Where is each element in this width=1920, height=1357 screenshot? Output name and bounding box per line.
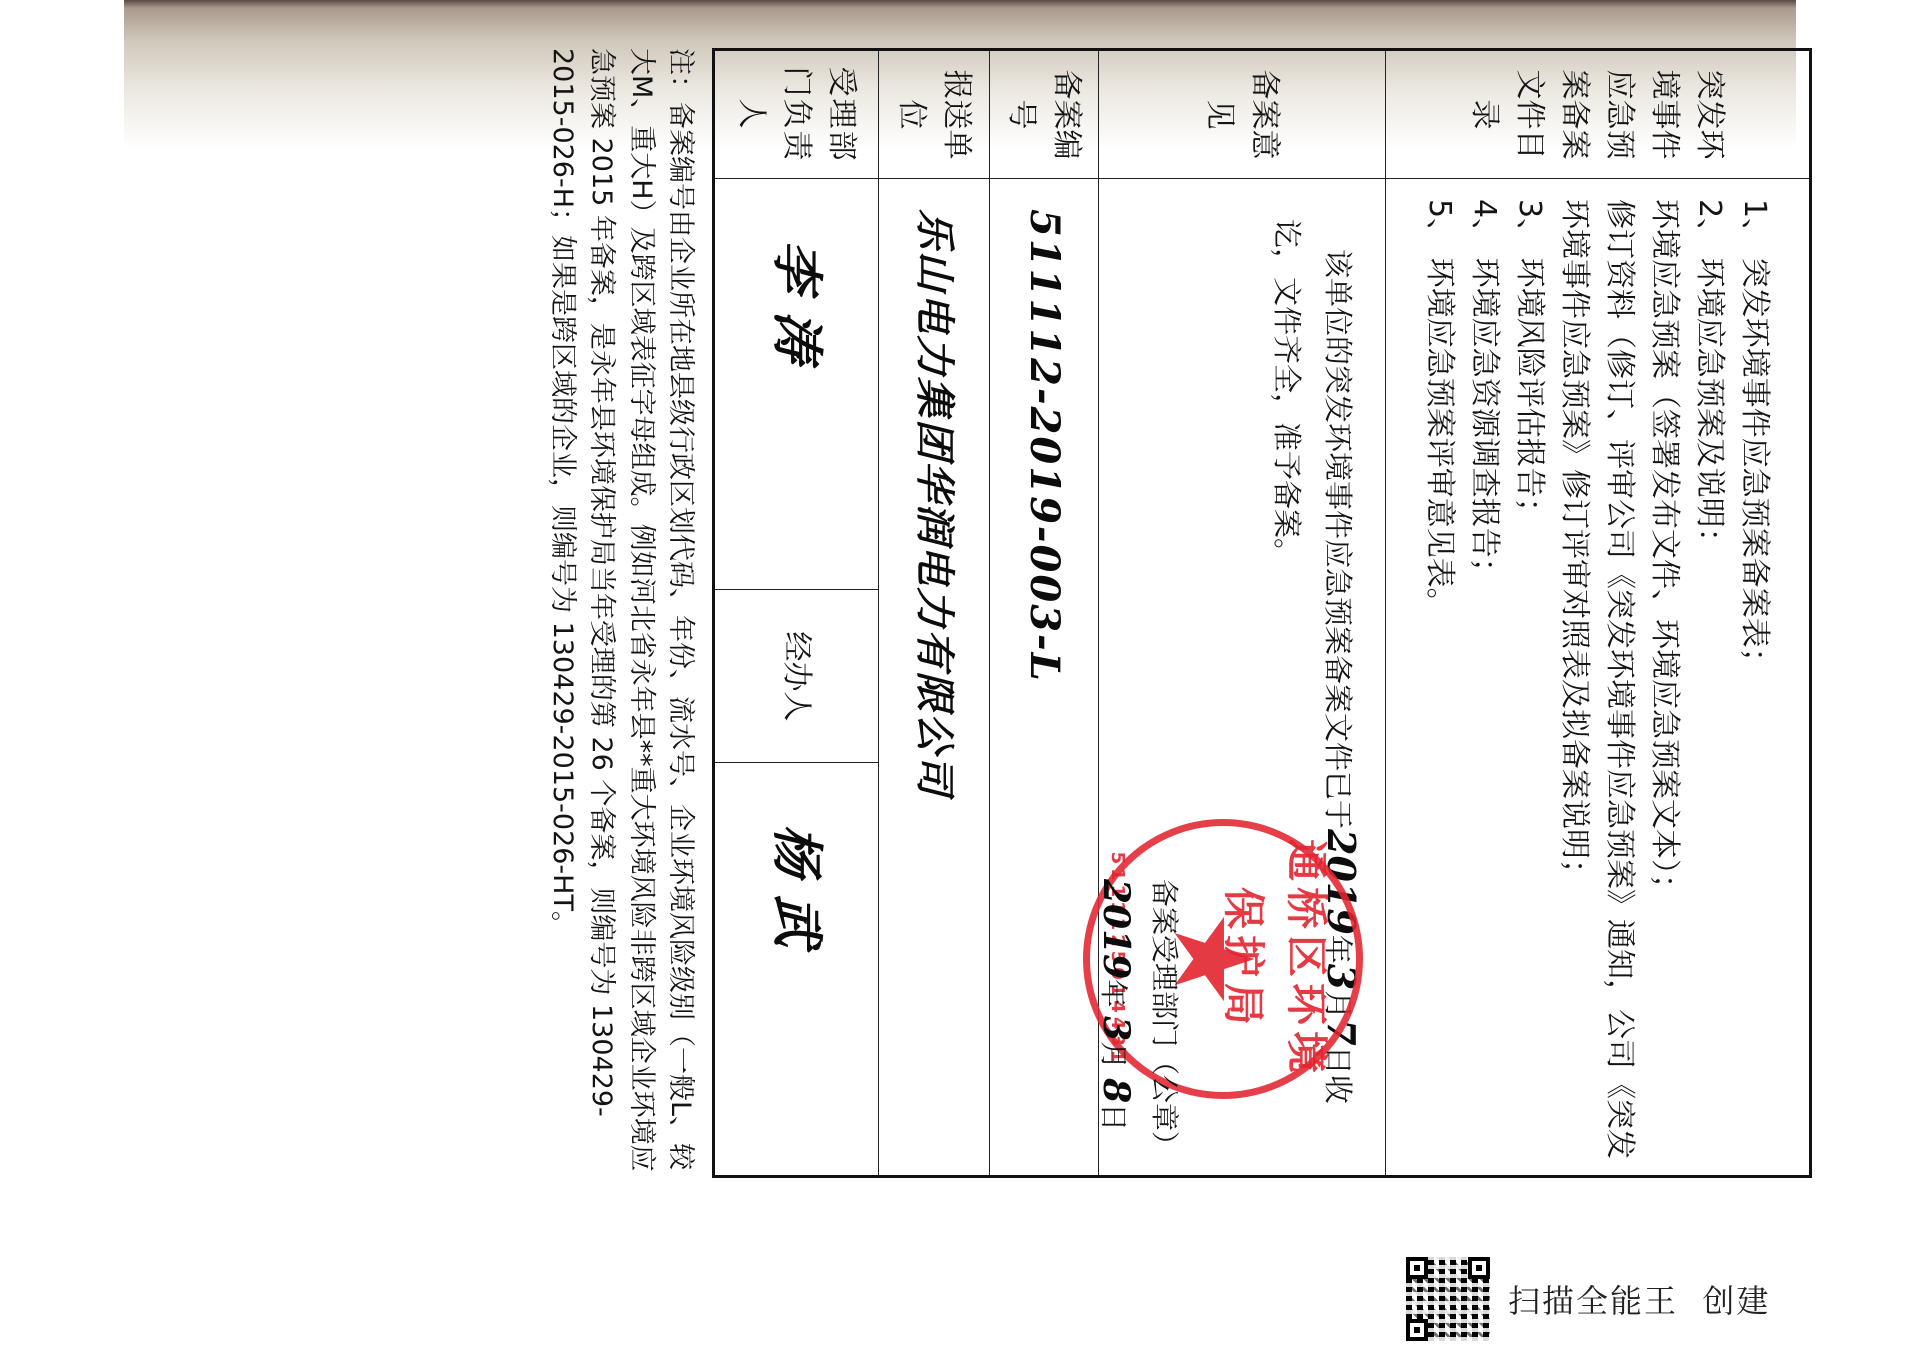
handler-signature: 杨 武 xyxy=(757,764,835,946)
row-submitting-unit: 报送单位 乐山电力集团华润电力有限公司 xyxy=(878,50,989,1177)
filing-form-page: 突发环境事件应急预案备案文件目录 1、 突发环境事件应急预案备案表； 2、 环境… xyxy=(632,48,1812,1178)
file-list-item: 修订资料（修订、评审公司《突发环境事件应急预案》通知，公司《突发 xyxy=(1598,199,1643,1159)
file-list-item: 2、 环境应急预案及说明： xyxy=(1688,199,1733,1159)
file-list-item: 1、 突发环境事件应急预案备案表； xyxy=(1733,199,1778,1159)
dept-head-label: 受理部门负责人 xyxy=(714,50,879,179)
filing-form-table: 突发环境事件应急预案备案文件目录 1、 突发环境事件应急预案备案表； 2、 环境… xyxy=(712,48,1812,1178)
received-month: 3 xyxy=(1319,964,1364,990)
handler-label: 经办人 xyxy=(714,590,879,763)
stamp-signature-block: 备案受理部门（公章） 2019年 3月 8日 xyxy=(1089,879,1185,1159)
file-list-item: 4、 环境应急资源调查报告； xyxy=(1463,199,1508,1159)
file-list-item: 5、 环境应急预案评审意见表。 xyxy=(1418,199,1463,1159)
received-year: 2019 xyxy=(1319,829,1364,935)
footnote: 注：备案编号由企业所在地县级行政区划代码、年份、流水号、企业环境风险级别（一般L… xyxy=(542,48,700,1178)
dept-head-signature-cell: 李 涛 xyxy=(714,179,879,590)
qr-code-icon xyxy=(1406,1257,1490,1341)
row-signatures: 受理部门负责人 李 涛 经办人 杨 武 xyxy=(714,50,879,1177)
dept-head-signature: 李 涛 xyxy=(757,180,835,362)
opinion-label: 备案意见 xyxy=(1098,50,1385,179)
row-opinion: 备案意见 该单位的突发环境事件应急预案备案文件已于2019年3月7日收讫，文件齐… xyxy=(1098,50,1385,1177)
opinion-text: 该单位的突发环境事件应急预案备案文件已于2019年3月7日收讫，文件齐全，准予备… xyxy=(1264,219,1371,1159)
opinion-cell: 该单位的突发环境事件应急预案备案文件已于2019年3月7日收讫，文件齐全，准予备… xyxy=(1098,179,1385,1177)
scanner-watermark: 扫描全能王 创建 xyxy=(1406,1257,1770,1341)
handler-signature-cell: 杨 武 xyxy=(714,763,879,1177)
stamp-date: 2019年 3月 8日 xyxy=(1089,879,1143,1159)
stamp-sub-text: 备案受理部门（公章） xyxy=(1143,879,1185,1159)
watermark-text: 扫描全能王 创建 xyxy=(1508,1276,1770,1322)
filing-code-label: 备案编号 xyxy=(989,50,1098,179)
filing-code-value: 511112-2019-003-L xyxy=(1021,209,1068,683)
file-list: 1、 突发环境事件应急预案备案表； 2、 环境应急预案及说明： 环境应急预案（签… xyxy=(1386,179,1811,1177)
file-list-item: 3、 环境风险评估报告； xyxy=(1508,199,1553,1159)
file-list-label: 突发环境事件应急预案备案文件目录 xyxy=(1386,50,1811,179)
filing-code-cell: 511112-2019-003-L xyxy=(989,179,1098,1177)
file-list-item: 环境事件应急预案》修订评审对照表及拟备案说明； xyxy=(1553,199,1598,1159)
submitting-unit-cell: 乐山电力集团华润电力有限公司 xyxy=(878,179,989,1177)
submitting-unit-label: 报送单位 xyxy=(878,50,989,179)
file-list-item: 环境应急预案（签署发布文件、环境应急预案文本）； xyxy=(1643,199,1688,1159)
submitting-unit-value: 乐山电力集团华润电力有限公司 xyxy=(911,209,958,797)
received-day: 7 xyxy=(1319,1019,1364,1045)
row-filing-code: 备案编号 511112-2019-003-L xyxy=(989,50,1098,1177)
row-file-list: 突发环境事件应急预案备案文件目录 1、 突发环境事件应急预案备案表； 2、 环境… xyxy=(1386,50,1811,1177)
